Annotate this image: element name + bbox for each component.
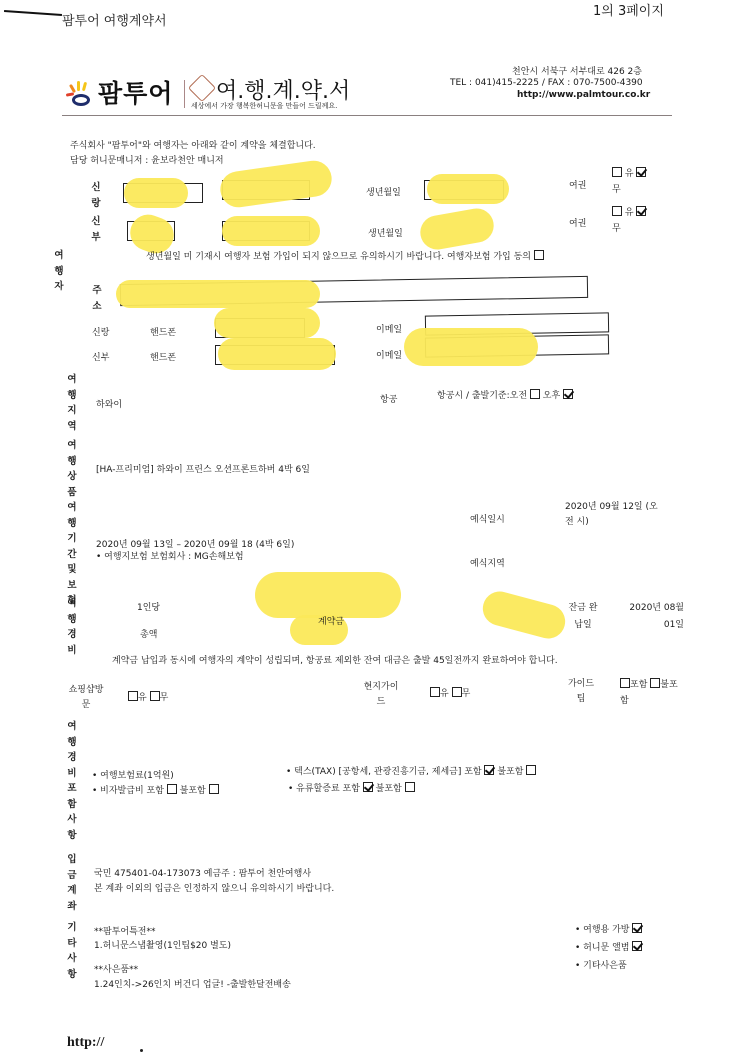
- total-label: 총액: [140, 627, 157, 640]
- redaction: [218, 158, 334, 209]
- per-person-label: 1인당: [137, 600, 160, 613]
- bride-passport-no-checkbox[interactable]: [636, 206, 646, 216]
- no-label: 무: [462, 689, 471, 699]
- visa-included-checkbox[interactable]: [167, 784, 177, 794]
- guide-options: 유 무: [430, 686, 470, 699]
- product-value: [HA-프리미엄] 하와이 프린스 오션프론트하버 4박 6일: [96, 462, 310, 475]
- insurance-notice-text: 생년월일 미 기재시 여행자 보험 가입이 되지 않으므로 유의하시기 바랍니다…: [146, 252, 531, 262]
- contract-diamond-icon: [188, 74, 216, 102]
- bride-passport-options: 유: [612, 205, 646, 218]
- redaction: [214, 308, 320, 338]
- insurance-notice: 생년월일 미 기재시 여행자 보험 가입이 되지 않으므로 유의하시기 바랍니다…: [146, 249, 544, 262]
- tip-options: 포함 불포함: [620, 677, 680, 709]
- visa-label: • 비자발급비 포함: [92, 786, 164, 796]
- company-website: http://www.palmtour.co.kr: [517, 90, 650, 100]
- groom-passport-options: 유: [612, 166, 646, 179]
- redaction: [222, 216, 320, 246]
- yes-label: 유: [440, 689, 449, 699]
- letterhead-rule: [62, 115, 672, 116]
- shopping-no-checkbox[interactable]: [150, 691, 160, 701]
- tax-fee: • 텍스(TAX) [공항세, 관광진흥기금, 제세금] 포함 불포함: [286, 764, 536, 777]
- album-checkbox[interactable]: [632, 941, 642, 951]
- palm-hand-logo-icon: [64, 80, 96, 108]
- groom-birthdate-label: 생년월일: [366, 185, 401, 198]
- groom-phone-text-label: 핸드폰: [150, 325, 176, 338]
- insurance-agree-checkbox[interactable]: [534, 250, 544, 260]
- airline-label: 항공: [380, 392, 397, 405]
- included-label: 포함: [630, 680, 647, 690]
- bride-phone-label: 신부: [92, 350, 109, 363]
- fuel-excluded-checkbox[interactable]: [405, 782, 415, 792]
- passport-yes-label: 유: [625, 169, 634, 179]
- tip-included-checkbox[interactable]: [620, 678, 630, 688]
- groom-passport-no-checkbox[interactable]: [636, 167, 646, 177]
- doc-header-title: 팜투어 여행계약서: [62, 10, 167, 29]
- redaction: [218, 338, 336, 370]
- bride-email-label: 이메일: [376, 348, 402, 361]
- visa-excluded-checkbox[interactable]: [209, 784, 219, 794]
- section-label-destination: 여행지역: [66, 372, 78, 434]
- tax-excluded-label: 불포함: [497, 767, 523, 777]
- fuel-surcharge: • 유류할증료 포함 불포함: [288, 781, 415, 794]
- fuel-excluded-label: 불포함: [376, 784, 402, 794]
- redaction: [418, 206, 497, 252]
- benefit-title: **팜투어특전**: [94, 924, 155, 937]
- groom-email-label: 이메일: [376, 322, 402, 335]
- tip-label: 가이드팁: [564, 677, 598, 707]
- redaction: [116, 280, 320, 308]
- tip-excluded-checkbox[interactable]: [650, 678, 660, 688]
- intro-line: 주식회사 "팜투어"와 여행자는 아래와 같이 계약을 체결합니다.: [70, 138, 316, 151]
- departure-pm-checkbox[interactable]: [563, 389, 573, 399]
- visa-excluded-label: 불포함: [180, 786, 206, 796]
- bride-birthdate-label: 생년월일: [368, 226, 403, 239]
- gift-title: **사은품**: [94, 962, 138, 975]
- section-label-period: 여행기간및보험: [66, 500, 78, 609]
- gift-item-album: • 허니문 앨범: [575, 940, 642, 953]
- payment-notice: 계약금 납입과 동시에 여행자의 계약이 성립되며, 항공료 제외한 잔여 대금…: [112, 653, 558, 666]
- guide-no-checkbox[interactable]: [452, 687, 462, 697]
- groom-passport-no-label: 무: [612, 182, 621, 195]
- benefit-item: 1.허니문스냅촬영(1인팁$20 별도): [94, 938, 231, 951]
- redaction: [427, 174, 509, 204]
- section-label-cost: 여행경비: [66, 596, 78, 658]
- balance-date: 2020년 08월 01일: [620, 600, 684, 634]
- tax-label: • 텍스(TAX) [공항세, 관광진흥기금, 제세금] 포함: [286, 767, 482, 777]
- groom-passport-label: 여권: [569, 178, 586, 191]
- company-address: 천안시 서북구 서부대로 426 2층: [512, 64, 642, 77]
- gift-item-other: • 기타사은품: [575, 958, 627, 971]
- passport-yes-label: 유: [625, 208, 634, 218]
- balance-label: 잔금 완납일: [567, 600, 599, 634]
- bank-account: 국민 475401-04-173073 예금주 : 팜투어 천안여행사: [94, 866, 311, 879]
- groom-phone-label: 신랑: [92, 325, 109, 338]
- company-tel-fax: TEL : 041)415-2225 / FAX : 070-7500-4390: [450, 78, 643, 88]
- guide-yes-checkbox[interactable]: [430, 687, 440, 697]
- wedding-datetime-label: 예식일시: [470, 512, 505, 525]
- tax-included-checkbox[interactable]: [484, 765, 494, 775]
- slogan: 세상에서 가장 행복한허니문을 만들어 드릴께요.: [191, 101, 337, 111]
- shopping-yes-checkbox[interactable]: [128, 691, 138, 701]
- address-label: 주소: [91, 283, 103, 314]
- bride-passport-label: 여권: [569, 216, 586, 229]
- insurance-fee: • 여행보험료(1억원): [92, 768, 174, 781]
- insurer: • 여행지보험 보험회사 : MG손해보험: [96, 549, 244, 562]
- departure-am-checkbox[interactable]: [530, 389, 540, 399]
- section-label-product: 여행상품: [66, 438, 78, 500]
- no-label: 무: [160, 693, 169, 703]
- gift-item-luggage: • 여행용 가방: [575, 922, 642, 935]
- shopping-options: 유 무: [128, 690, 168, 703]
- gift-item: 1.24인치->26인치 버건디 업글! -출발한달전배송: [94, 977, 291, 990]
- redaction: [404, 328, 538, 366]
- visa-fee: • 비자발급비 포함 불포함: [92, 783, 219, 796]
- section-label-travelers: 여행자: [53, 248, 65, 295]
- groom-passport-yes-checkbox[interactable]: [612, 167, 622, 177]
- groom-label: 신랑: [90, 180, 102, 211]
- yes-label: 유: [138, 693, 147, 703]
- redaction: [479, 588, 569, 643]
- bride-label: 신부: [90, 214, 102, 245]
- section-label-inclusions: 여행경비포함사항: [66, 719, 78, 843]
- bride-phone-text-label: 핸드폰: [150, 350, 176, 363]
- luggage-label: • 여행용 가방: [575, 925, 630, 935]
- bride-passport-yes-checkbox[interactable]: [612, 206, 622, 216]
- pen-stroke: [4, 10, 62, 16]
- airline-note: 항공시 / 출발기준:오전: [437, 391, 527, 401]
- destination-value: 하와이: [96, 397, 122, 410]
- wedding-datetime-value: 2020년 09월 12일 (오전 시): [565, 500, 665, 530]
- fuel-included-checkbox[interactable]: [363, 782, 373, 792]
- shopping-label: 쇼핑샵방문: [66, 683, 106, 713]
- luggage-checkbox[interactable]: [632, 923, 642, 933]
- tax-excluded-checkbox[interactable]: [526, 765, 536, 775]
- redaction: [124, 178, 188, 208]
- section-label-other: 기타사항: [66, 920, 78, 982]
- redaction: [255, 572, 401, 618]
- wedding-place-label: 예식지역: [470, 556, 505, 569]
- brand-name: 팜투어: [98, 74, 173, 110]
- footer-url: http://: [67, 1035, 104, 1051]
- section-label-account: 입금계좌: [66, 852, 78, 914]
- departure-time: 항공시 / 출발기준:오전 오후: [437, 388, 573, 401]
- album-label: • 허니문 앨범: [575, 943, 630, 953]
- footer-dot: [140, 1049, 143, 1052]
- manager-line: 담당 허니문매니저 : 윤보라천안 매니저: [70, 153, 224, 166]
- page-indicator: 1의 3페이지: [593, 0, 664, 19]
- guide-label: 현지가이드: [362, 680, 400, 710]
- bride-passport-no-label: 무: [612, 221, 621, 234]
- fuel-label: • 유류할증료 포함: [288, 784, 360, 794]
- deposit-label: 계약금: [318, 614, 344, 627]
- departure-pm-label: 오후: [543, 391, 560, 401]
- bank-account-notice: 본 계좌 이외의 입금은 인정하지 않으니 유의하시기 바랍니다.: [94, 881, 334, 894]
- header-divider: [184, 80, 185, 108]
